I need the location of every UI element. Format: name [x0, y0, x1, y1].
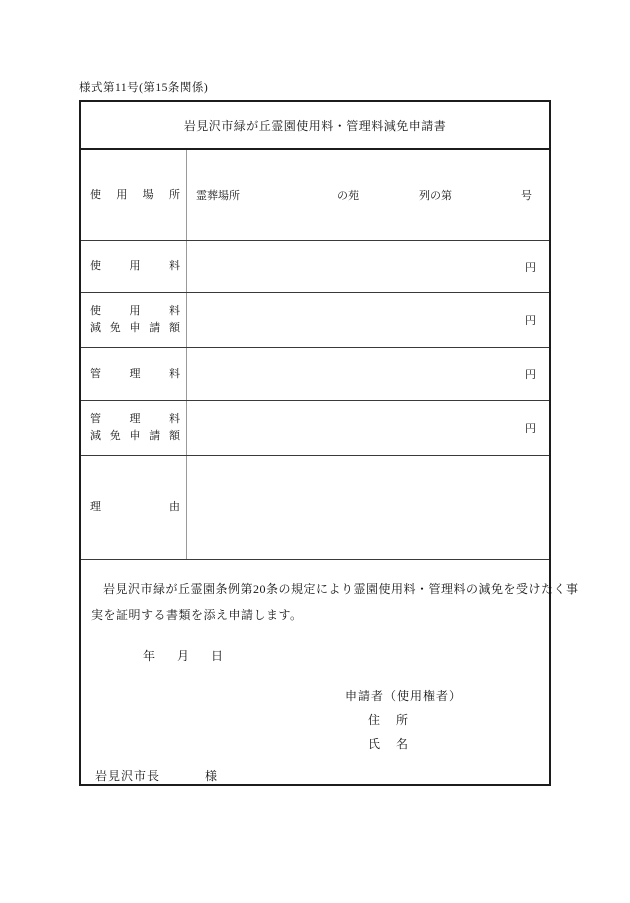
day-label: 日 — [211, 648, 223, 664]
usage-fee-reduction-value-cell: 円 — [187, 293, 549, 347]
honorific-label: 様 — [205, 768, 218, 784]
usage-fee-reduction-label-cell: 使用料 減免申請額 — [81, 293, 187, 347]
month-label: 月 — [177, 648, 189, 664]
row-number-label: 列の第 — [419, 187, 452, 203]
yen-unit: 円 — [525, 312, 536, 328]
management-fee-label: 管理料 — [90, 366, 180, 383]
usage-place-row: 使用場所 霊葬場所 の苑 列の第 号 — [81, 150, 549, 241]
reason-row: 理由 — [81, 456, 549, 560]
addressee-line: 岩見沢市長 様 — [95, 768, 539, 784]
yen-unit: 円 — [525, 420, 536, 436]
applicant-label: 申請者（使用権者） — [345, 688, 539, 704]
declaration-section: 岩見沢市緑が丘霊園条例第20条の規定により霊園使用料・管理料の減免を受けたく事 … — [81, 560, 549, 784]
title-row: 岩見沢市緑が丘霊園使用料・管理料減免申請書 — [81, 102, 549, 150]
declaration-line-2: 実を証明する書類を添え申請します。 — [91, 602, 539, 628]
form-number: 様式第11号(第15条関係) — [79, 79, 208, 95]
management-fee-reduction-label-cell: 管理料 減免申請額 — [81, 401, 187, 455]
usage-place-label-cell: 使用場所 — [81, 150, 187, 240]
yen-unit: 円 — [525, 259, 536, 275]
form-title: 岩見沢市緑が丘霊園使用料・管理料減免申請書 — [184, 117, 447, 134]
usage-fee-row: 使用料 円 — [81, 241, 549, 293]
document-page: 様式第11号(第15条関係) 岩見沢市緑が丘霊園使用料・管理料減免申請書 使用場… — [0, 0, 630, 903]
management-fee-reduction-value-cell: 円 — [187, 401, 549, 455]
management-fee-reduction-label-line2: 減免申請額 — [90, 428, 180, 445]
mayor-label: 岩見沢市長 — [95, 768, 160, 784]
reason-label: 理由 — [90, 499, 180, 516]
lot-number-label: 号 — [521, 187, 532, 203]
garden-suffix-label: の苑 — [337, 187, 359, 203]
management-fee-label-cell: 管理料 — [81, 348, 187, 400]
usage-fee-label: 使用料 — [90, 258, 180, 275]
declaration-line-1: 岩見沢市緑が丘霊園条例第20条の規定により霊園使用料・管理料の減免を受けたく事 — [91, 576, 539, 602]
reason-label-cell: 理由 — [81, 456, 187, 559]
management-fee-reduction-label-line1: 管理料 — [90, 411, 180, 428]
application-form-table: 岩見沢市緑が丘霊園使用料・管理料減免申請書 使用場所 霊葬場所 の苑 列の第 号… — [79, 100, 551, 786]
address-label: 住 所 — [368, 712, 539, 728]
management-fee-value-cell: 円 — [187, 348, 549, 400]
reason-value-cell — [187, 456, 549, 559]
management-fee-reduction-row: 管理料 減免申請額 円 — [81, 401, 549, 456]
usage-place-label: 使用場所 — [90, 187, 180, 204]
year-label: 年 — [143, 648, 155, 664]
usage-place-value-cell: 霊葬場所 の苑 列の第 号 — [187, 150, 549, 240]
usage-fee-reduction-row: 使用料 減免申請額 円 — [81, 293, 549, 348]
date-line: 年 月 日 — [143, 648, 539, 664]
usage-fee-label-cell: 使用料 — [81, 241, 187, 292]
usage-fee-reduction-label-line2: 減免申請額 — [90, 320, 180, 337]
name-label: 氏 名 — [368, 736, 539, 752]
cemetery-place-label: 霊葬場所 — [196, 187, 240, 203]
yen-unit: 円 — [525, 366, 536, 382]
usage-fee-reduction-label-line1: 使用料 — [90, 303, 180, 320]
management-fee-row: 管理料 円 — [81, 348, 549, 401]
usage-fee-value-cell: 円 — [187, 241, 549, 292]
